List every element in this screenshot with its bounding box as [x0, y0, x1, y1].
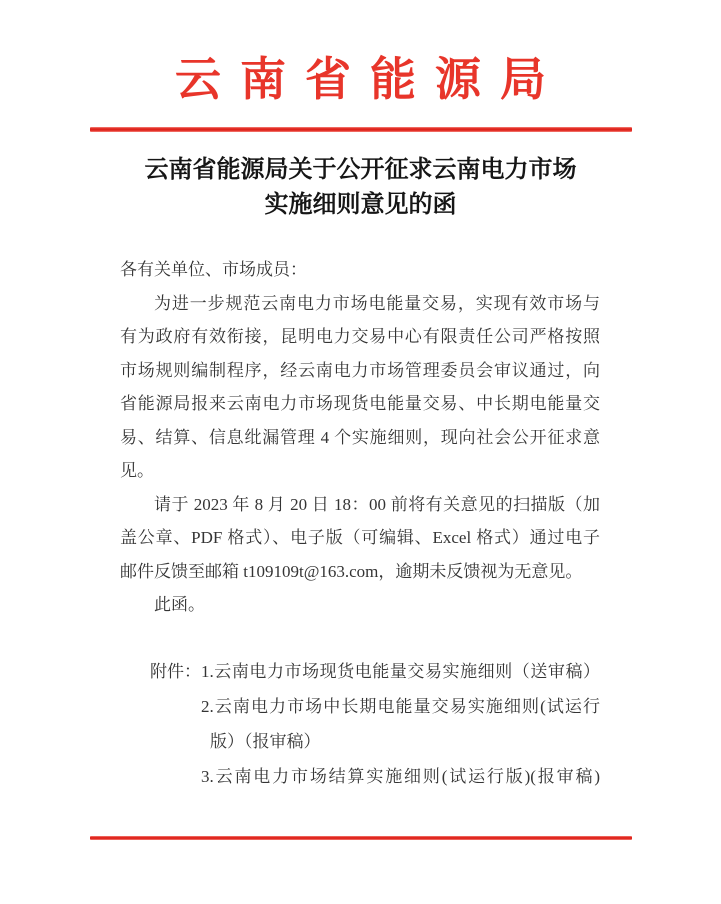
paragraph-1-line-3: 市场规则编制程序，经云南电力市场管理委员会审议通过，向: [120, 354, 600, 388]
attachment-items: 1.云南电力市场现货电能量交易实施细则（送审稿） 2.云南电力市场中长期电能量交…: [201, 654, 600, 794]
paragraph-1-line-1: 为进一步规范云南电力市场电能量交易，实现有效市场与: [120, 287, 600, 321]
letterhead: 云南省能源局: [0, 54, 721, 132]
document-title: 云南省能源局关于公开征求云南电力市场 实施细则意见的函: [0, 153, 721, 223]
paragraph-2-line-3: 邮件反馈至邮箱 t109109t@163.com，逾期未反馈视为无意见。: [120, 555, 600, 589]
paragraph-2-line-2: 盖公章、PDF 格式）、电子版（可编辑、Excel 格式）通过电子: [120, 521, 600, 555]
document-page: 云南省能源局 云南省能源局关于公开征求云南电力市场 实施细则意见的函 各有关单位…: [0, 0, 721, 904]
attachment-item-1: 1.云南电力市场现货电能量交易实施细则（送审稿）: [201, 654, 600, 689]
closing-line: 此函。: [120, 588, 600, 622]
agency-name: 云南省能源局: [0, 54, 721, 106]
paragraph-1-line-2: 有为政府有效衔接，昆明电力交易中心有限责任公司严格按照: [120, 320, 600, 354]
attachment-item-2-line-1: 2.云南电力市场中长期电能量交易实施细则(试运行: [201, 689, 600, 724]
salutation: 各有关单位、市场成员：: [120, 253, 600, 287]
paragraph-2-line-1: 请于 2023 年 8 月 20 日 18：00 前将有关意见的扫描版（加: [120, 488, 600, 522]
letterhead-divider: [90, 127, 632, 132]
attachment-list: 附件： 1.云南电力市场现货电能量交易实施细则（送审稿） 2.云南电力市场中长期…: [150, 654, 600, 794]
footer-divider: [90, 836, 632, 840]
document-title-line-2: 实施细则意见的函: [0, 188, 721, 223]
document-body: 各有关单位、市场成员： 为进一步规范云南电力市场电能量交易，实现有效市场与 有为…: [120, 253, 600, 622]
paragraph-1-line-4: 省能源局报来云南电力市场现货电能量交易、中长期电能量交: [120, 387, 600, 421]
attachment-item-3: 3.云南电力市场结算实施细则(试运行版)(报审稿): [201, 759, 600, 794]
attachment-label: 附件：: [150, 654, 201, 689]
paragraph-1-line-5: 易、结算、信息纰漏管理 4 个实施细则，现向社会公开征求意: [120, 421, 600, 455]
paragraph-1-line-6: 见。: [120, 454, 600, 488]
attachment-item-2-line-2: 版）（报审稿）: [201, 724, 600, 759]
document-title-line-1: 云南省能源局关于公开征求云南电力市场: [0, 153, 721, 188]
